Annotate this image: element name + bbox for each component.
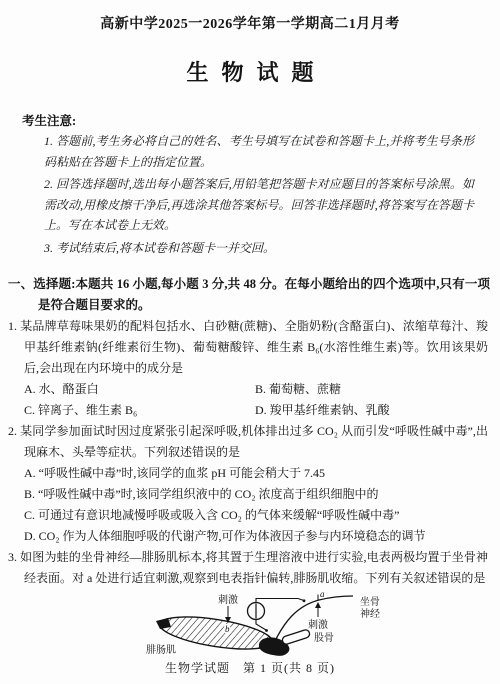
question-1-stem: 1. 某品牌草莓味果奶的配料包括水、白砂糖(蔗糖)、全脂奶粉(含酪蛋白)、浓缩草… [8, 316, 488, 379]
femur-label: 股骨 [314, 632, 334, 644]
question-3-stem: 3. 如图为蛙的坐骨神经—腓肠肌标本,将其置于生理溶液中进行实验,电表两极均置于… [8, 547, 488, 589]
question-2-option-d: D. CO₂ 作为人体细胞呼吸的代谢产物,可作为体液因子参与内环境稳态的调节 [24, 526, 488, 547]
electrode-contact-1 [303, 599, 306, 602]
examinee-notice: 考生注意: 1. 答题前,考生务必将自己的姓名、考生号填写在试卷和答题卡上,并将… [0, 111, 500, 258]
question-2-option-b: B. “呼吸性碱中毒”时,该同学组织液中的 CO₂ 浓度高于组织细胞中的 [24, 484, 488, 505]
electrode-lead-top [256, 599, 304, 603]
paper-title: 生物试题 [0, 56, 500, 87]
question-2-option-a: A. “呼吸性碱中毒”时,该同学的血浆 pH 可能会稍大于 7.45 [24, 463, 488, 484]
point-a-label: a [320, 591, 325, 599]
exam-paper-page: 高新中学2025一2026学年第一学期高二1月月考 生物试题 考生注意: 1. … [0, 0, 500, 684]
question-1-option-a: A. 水、酪蛋白 [24, 379, 255, 400]
electrode-lead-bottom [256, 620, 266, 631]
page-footer: 生物学试题 第 1 页(共 8 页) [0, 659, 500, 676]
notice-item-2: 2. 回答选择题时,选出每小题答案后,用铅笔把答题卡对应题目的答案标号涂黑。如需… [44, 174, 474, 236]
question-1-option-d: D. 羧甲基纤维素钠、乳酸 [255, 400, 488, 421]
section-heading-choice: 一、选择题:本题共 16 小题,每小题 3 分,共 48 分。在每小题给出的四个… [8, 274, 490, 316]
question-1-options-row-2: C. 锌离子、维生素 B₆ D. 羧甲基纤维素钠、乳酸 [24, 400, 488, 421]
nerve-label-line2: 神经 [360, 607, 380, 620]
notice-item-1: 1. 答题前,考生务必将自己的姓名、考生号填写在试卷和答题卡上,并将考生号条形码… [44, 131, 474, 172]
electrode-contact-2 [265, 629, 268, 632]
question-2-stem: 2. 某同学参加面试时因过度紧张引起深呼吸,机体排出过多 CO₂ 从而引发“呼吸… [8, 421, 488, 463]
stimulus-a-label: 刺激 [308, 618, 328, 631]
question-1-option-b: B. 葡萄糖、蔗糖 [255, 379, 488, 400]
question-1-option-c: C. 锌离子、维生素 B₆ [24, 400, 255, 421]
school-header: 高新中学2025一2026学年第一学期高二1月月考 [0, 0, 500, 33]
notice-heading: 考生注意: [22, 111, 500, 129]
stimulus-b-label: 刺激 [218, 593, 238, 606]
point-b-label: b [225, 624, 230, 634]
question-2-option-c: C. 可通过有意识地减慢呼吸或吸入含 CO₂ 的气体来缓解“呼吸性碱中毒” [24, 505, 488, 526]
question-3-figure: a 刺激 坐骨 神经 刺激 b 腓肠肌 股骨 [138, 591, 392, 663]
muscle-label: 腓肠肌 [146, 643, 176, 656]
femur-shape [281, 629, 310, 645]
notice-item-3: 3. 考试结束后,将本试卷和答题卡一并交回。 [44, 238, 474, 259]
nerve-muscle-diagram: a 刺激 坐骨 神经 刺激 b 腓肠肌 股骨 [138, 591, 392, 663]
nerve-label-line1: 坐骨 [360, 595, 380, 608]
question-1-options-row-1: A. 水、酪蛋白 B. 葡萄糖、蔗糖 [24, 379, 488, 400]
